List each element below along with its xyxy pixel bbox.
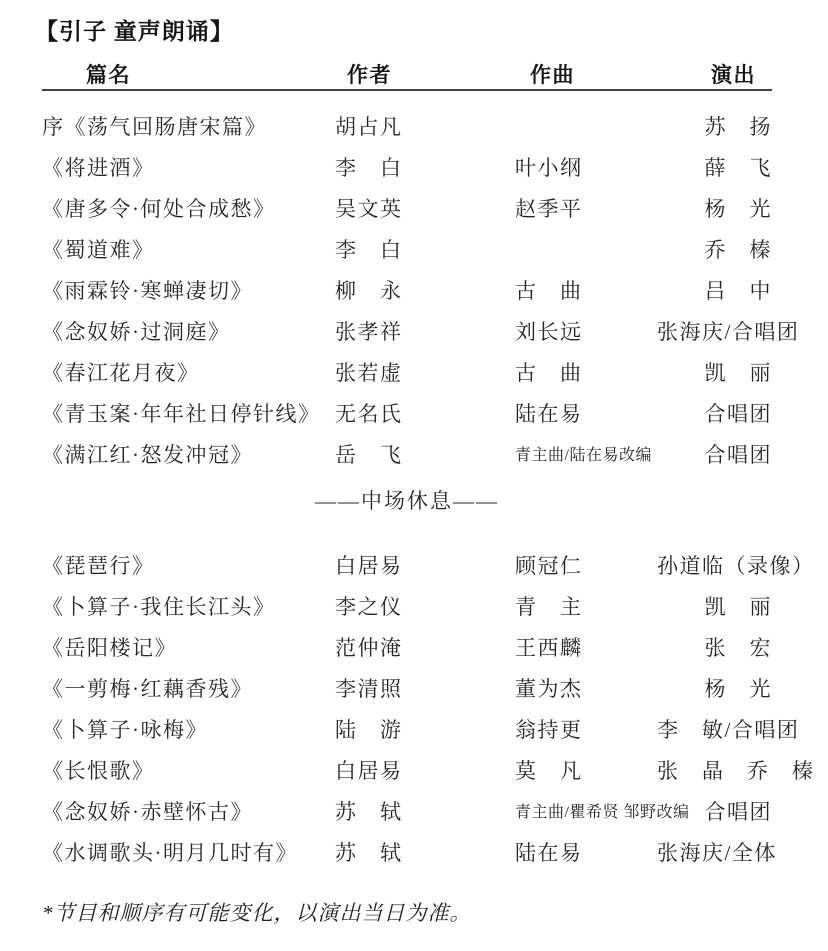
column-header-composer: 作曲 bbox=[515, 59, 657, 89]
piece-author: 苏 轼 bbox=[335, 837, 515, 867]
program-row: 《岳阳楼记》 范仲淹 王西麟 张 宏 bbox=[42, 626, 772, 667]
piece-performer: 李 敏/合唱团 bbox=[657, 714, 799, 744]
program-row: 《卜算子·我住长江头》 李之仪 青 主 凯 丽 bbox=[42, 585, 772, 626]
program-row: 《雨霖铃·寒蝉凄切》 柳 永 古 曲 吕 中 bbox=[42, 269, 772, 310]
piece-title: 《满江红·怒发冲冠》 bbox=[42, 439, 335, 469]
piece-composer: 莫 凡 bbox=[515, 755, 657, 785]
piece-performer: 吕 中 bbox=[657, 275, 772, 305]
piece-title: 《琵琶行》 bbox=[42, 550, 335, 580]
piece-composer: 翁持更 bbox=[515, 714, 657, 744]
program-row: 《满江红·怒发冲冠》 岳 飞 青主曲/陆在易改编 合唱团 bbox=[42, 433, 772, 474]
program-row: 《一剪梅·红藕香残》 李清照 董为杰 杨 光 bbox=[42, 667, 772, 708]
program-row: 《念奴娇·赤壁怀古》 苏 轼 青主曲/瞿希贤 邹野改编 合唱团 bbox=[42, 790, 772, 831]
piece-composer: 董为杰 bbox=[515, 673, 657, 703]
piece-composer: 赵季平 bbox=[515, 193, 657, 223]
column-header-title: 篇名 bbox=[42, 59, 335, 89]
program-footnote: *节目和顺序有可能变化，以演出当日为准。 bbox=[42, 900, 772, 926]
piece-title: 《将进酒》 bbox=[42, 152, 335, 182]
piece-performer: 合唱团 bbox=[657, 439, 772, 469]
piece-composer: 王西麟 bbox=[515, 632, 657, 662]
piece-performer: 凯 丽 bbox=[657, 591, 772, 621]
piece-author: 李之仪 bbox=[335, 591, 515, 621]
table-header-row: 篇名 作者 作曲 演出 bbox=[42, 59, 772, 89]
program-part1: 序《荡气回肠唐宋篇》 胡占凡 苏 扬 《将进酒》 李 白 叶小纲 薛 飞 《唐多… bbox=[42, 105, 772, 474]
program-row: 《春江花月夜》 张若虚 古 曲 凯 丽 bbox=[42, 351, 772, 392]
piece-performer: 杨 光 bbox=[657, 193, 772, 223]
piece-author: 李 白 bbox=[335, 234, 515, 264]
piece-performer: 凯 丽 bbox=[657, 357, 772, 387]
program-row: 《长恨歌》 白居易 莫 凡 张 晶 乔 榛 bbox=[42, 749, 772, 790]
program-row: 《念奴娇·过洞庭》 张孝祥 刘长远 张海庆/合唱团 bbox=[42, 310, 772, 351]
program-row: 《青玉案·年年社日停针线》 无名氏 陆在易 合唱团 bbox=[42, 392, 772, 433]
intermission-label: ——中场休息—— bbox=[42, 478, 772, 524]
program-row: 《水调歌头·明月几时有》 苏 轼 陆在易 张海庆/全体 bbox=[42, 831, 772, 872]
program-part2: 《琵琶行》 白居易 顾冠仁 孙道临（录像） 《卜算子·我住长江头》 李之仪 青 … bbox=[42, 544, 772, 872]
piece-title: 《念奴娇·过洞庭》 bbox=[42, 316, 335, 346]
piece-composer: 古 曲 bbox=[515, 275, 657, 305]
piece-author: 苏 轼 bbox=[335, 796, 515, 826]
concert-program-page: 【引子 童声朗诵】 篇名 作者 作曲 演出 序《荡气回肠唐宋篇》 胡占凡 苏 扬… bbox=[0, 0, 828, 951]
piece-performer: 张海庆/合唱团 bbox=[657, 316, 799, 346]
piece-performer: 苏 扬 bbox=[657, 111, 772, 141]
piece-author: 李 白 bbox=[335, 152, 515, 182]
piece-title: 《念奴娇·赤壁怀古》 bbox=[42, 796, 335, 826]
piece-title: 《雨霖铃·寒蝉凄切》 bbox=[42, 275, 335, 305]
program-row: 《唐多令·何处合成愁》 吴文英 赵季平 杨 光 bbox=[42, 187, 772, 228]
piece-title: 序《荡气回肠唐宋篇》 bbox=[42, 111, 335, 141]
piece-author: 白居易 bbox=[335, 755, 515, 785]
piece-performer: 合唱团 bbox=[657, 796, 772, 826]
piece-title: 《青玉案·年年社日停针线》 bbox=[42, 398, 335, 428]
piece-composer: 陆在易 bbox=[515, 398, 657, 428]
piece-performer: 张海庆/全体 bbox=[657, 837, 777, 867]
piece-author: 无名氏 bbox=[335, 398, 515, 428]
piece-performer: 张 晶 乔 榛 bbox=[657, 755, 815, 785]
piece-composer: 青主曲/陆在易改编 bbox=[515, 442, 657, 465]
piece-performer: 张 宏 bbox=[657, 632, 772, 662]
piece-performer: 孙道临（录像） bbox=[657, 550, 815, 580]
program-table: 篇名 作者 作曲 演出 序《荡气回肠唐宋篇》 胡占凡 苏 扬 《将进酒》 李 白… bbox=[42, 59, 772, 872]
piece-author: 白居易 bbox=[335, 550, 515, 580]
piece-author: 张孝祥 bbox=[335, 316, 515, 346]
piece-title: 《水调歌头·明月几时有》 bbox=[42, 837, 335, 867]
piece-author: 吴文英 bbox=[335, 193, 515, 223]
piece-author: 范仲淹 bbox=[335, 632, 515, 662]
piece-title: 《一剪梅·红藕香残》 bbox=[42, 673, 335, 703]
piece-title: 《唐多令·何处合成愁》 bbox=[42, 193, 335, 223]
program-row: 序《荡气回肠唐宋篇》 胡占凡 苏 扬 bbox=[42, 105, 772, 146]
piece-performer: 杨 光 bbox=[657, 673, 772, 703]
piece-composer: 刘长远 bbox=[515, 316, 657, 346]
piece-author: 李清照 bbox=[335, 673, 515, 703]
column-header-author: 作者 bbox=[335, 59, 515, 89]
piece-composer: 叶小纲 bbox=[515, 152, 657, 182]
program-row: 《蜀道难》 李 白 乔 榛 bbox=[42, 228, 772, 269]
section-title: 【引子 童声朗诵】 bbox=[35, 18, 772, 46]
piece-composer: 陆在易 bbox=[515, 837, 657, 867]
header-divider-line bbox=[42, 89, 772, 91]
piece-title: 《春江花月夜》 bbox=[42, 357, 335, 387]
piece-composer: 青 主 bbox=[515, 591, 657, 621]
piece-author: 岳 飞 bbox=[335, 439, 515, 469]
piece-title: 《卜算子·咏梅》 bbox=[42, 714, 335, 744]
piece-title: 《长恨歌》 bbox=[42, 755, 335, 785]
piece-author: 陆 游 bbox=[335, 714, 515, 744]
piece-author: 柳 永 bbox=[335, 275, 515, 305]
piece-performer: 乔 榛 bbox=[657, 234, 772, 264]
piece-composer: 顾冠仁 bbox=[515, 550, 657, 580]
piece-performer: 薛 飞 bbox=[657, 152, 772, 182]
program-row: 《琵琶行》 白居易 顾冠仁 孙道临（录像） bbox=[42, 544, 772, 585]
piece-title: 《岳阳楼记》 bbox=[42, 632, 335, 662]
piece-author: 张若虚 bbox=[335, 357, 515, 387]
piece-composer: 青主曲/瞿希贤 邹野改编 bbox=[515, 799, 657, 822]
column-header-performer: 演出 bbox=[657, 59, 772, 89]
piece-author: 胡占凡 bbox=[335, 111, 515, 141]
piece-title: 《蜀道难》 bbox=[42, 234, 335, 264]
program-row: 《卜算子·咏梅》 陆 游 翁持更 李 敏/合唱团 bbox=[42, 708, 772, 749]
piece-performer: 合唱团 bbox=[657, 398, 772, 428]
program-row: 《将进酒》 李 白 叶小纲 薛 飞 bbox=[42, 146, 772, 187]
piece-composer: 古 曲 bbox=[515, 357, 657, 387]
piece-title: 《卜算子·我住长江头》 bbox=[42, 591, 335, 621]
